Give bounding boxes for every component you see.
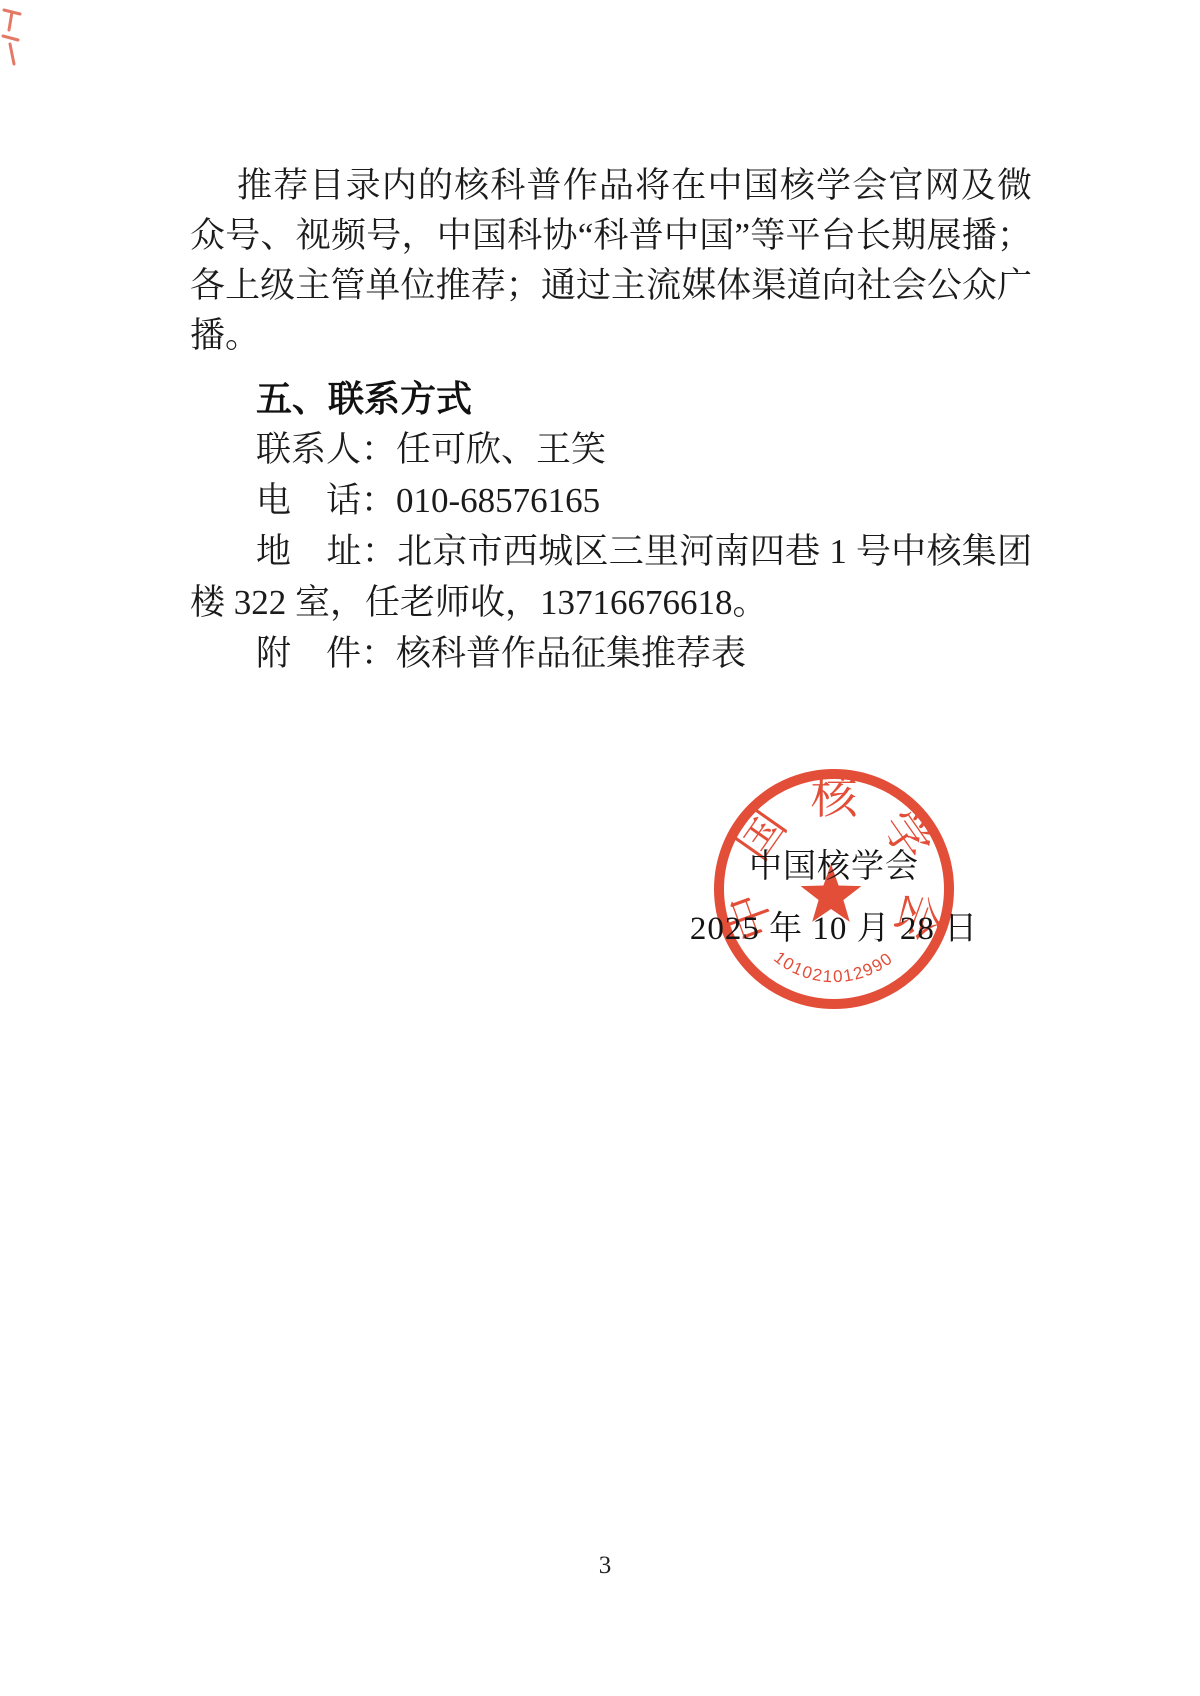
attachment-line: 附 件：核科普作品征集推荐表: [190, 628, 1032, 679]
paragraph-line: 各上级主管单位推荐；通过主流媒体渠道向社会公众广泛传: [190, 261, 1032, 311]
contact-phone-line: 电 话：010-68576165: [190, 475, 1032, 526]
seal-ring-char: 核: [811, 772, 860, 824]
contact-info: 联系人：任可欣、王笑 电 话：010-68576165 地 址：北京市西城区三里…: [190, 424, 1032, 679]
signature-org-name: 中国核学会: [704, 840, 964, 887]
document-page: 推荐目录内的核科普作品将在中国核学会官网及微信公 众号、视频号，中国科协“科普中…: [0, 0, 1200, 1696]
paragraph-line: 众号、视频号，中国科协“科普中国”等平台长期展播；向: [190, 211, 1032, 261]
paragraph-line: 播。: [190, 311, 1032, 361]
edge-stamp-fragment-icon: [0, 6, 26, 68]
signature-date: 2025 年 10 月 28 日: [674, 902, 994, 949]
contact-address-line: 地 址：北京市西城区三里河南四巷 1 号中核集团综合: [190, 526, 1032, 577]
document-body: 推荐目录内的核科普作品将在中国核学会官网及微信公 众号、视频号，中国科协“科普中…: [190, 161, 1032, 679]
paragraph-line: 推荐目录内的核科普作品将在中国核学会官网及微信公: [190, 161, 1032, 211]
contact-address-continuation-line: 楼 322 室，任老师收，13716676618。: [190, 577, 1032, 628]
section-heading-contact: 五、联系方式: [190, 374, 1032, 424]
page-number: 3: [5, 1552, 1200, 1580]
contact-person-line: 联系人：任可欣、王笑: [190, 424, 1032, 475]
paragraph-promotion: 推荐目录内的核科普作品将在中国核学会官网及微信公 众号、视频号，中国科协“科普中…: [190, 161, 1032, 361]
